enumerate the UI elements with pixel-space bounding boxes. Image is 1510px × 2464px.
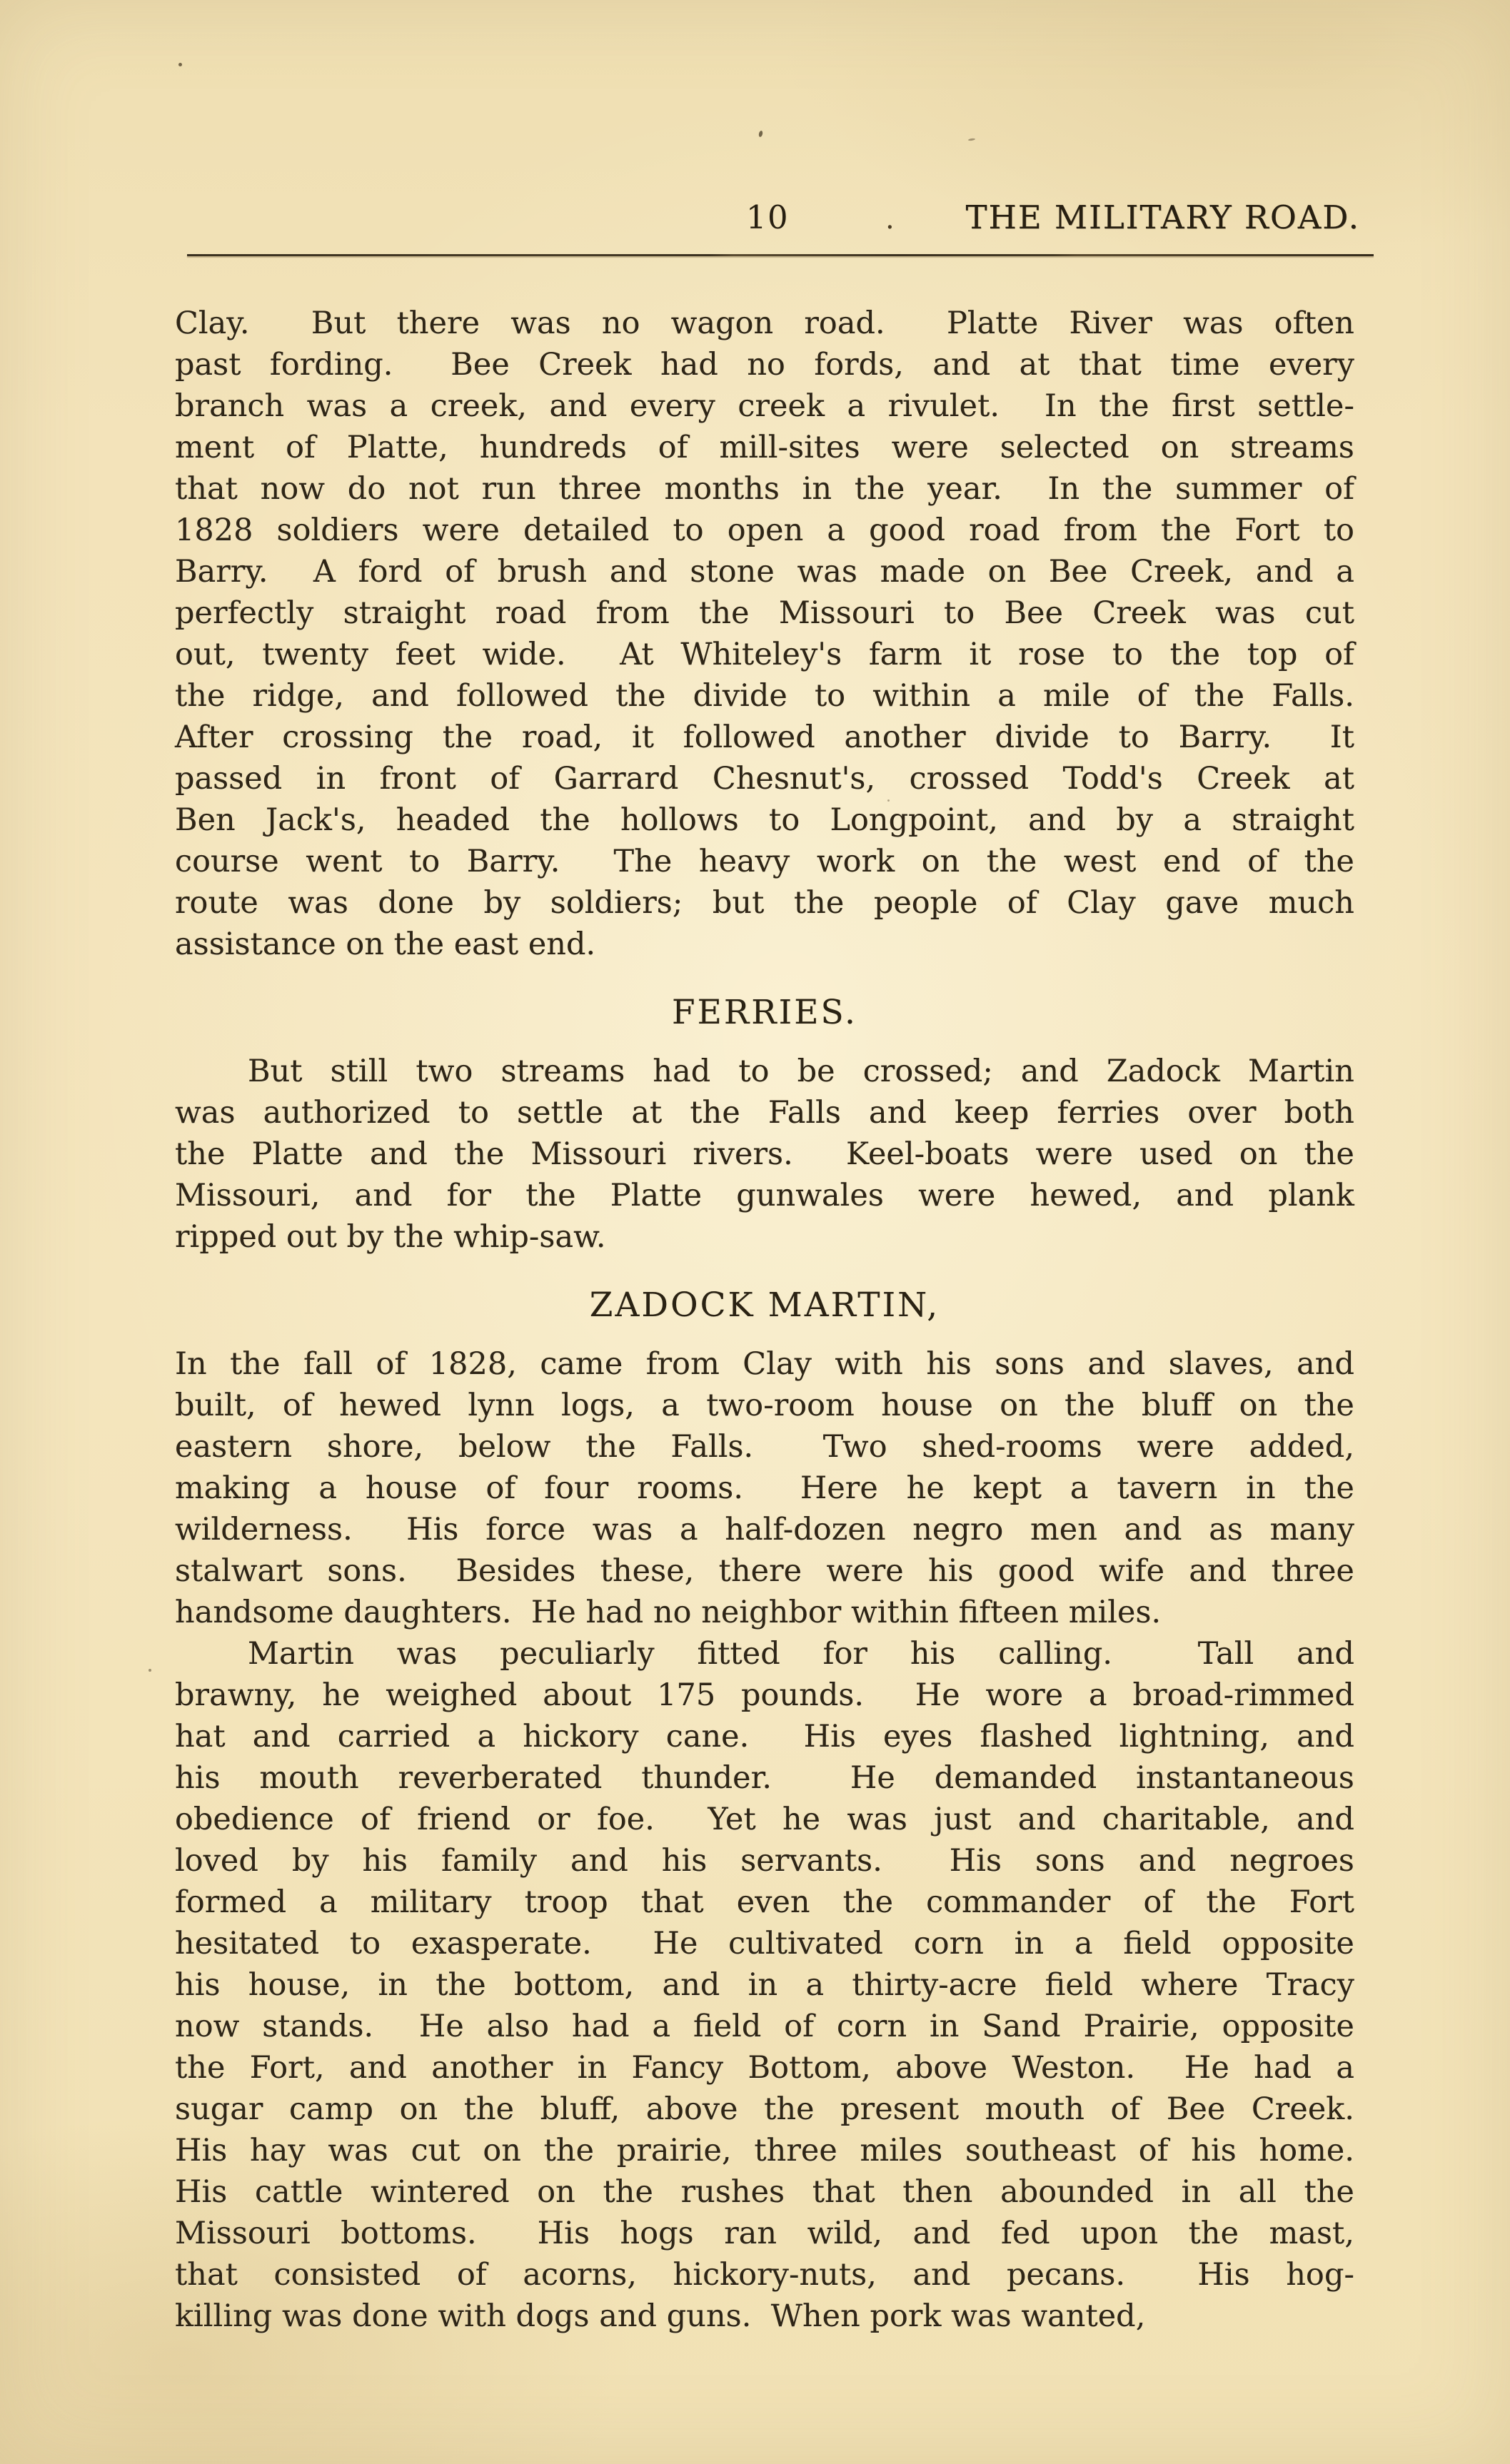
text-line: route was done by soldiers; but the peop… (175, 882, 1354, 924)
text-line: ripped out by the whip-saw. (175, 1216, 1354, 1258)
text-line: killing was done with dogs and guns. Whe… (175, 2296, 1354, 2337)
text-line: ment of Platte, hundreds of mill-sites w… (175, 427, 1354, 468)
text-line: His hay was cut on the prairie, three mi… (175, 2130, 1354, 2171)
text-line: Missouri bottoms. His hogs ran wild, and… (175, 2213, 1354, 2254)
text-line: the Platte and the Missouri rivers. Keel… (175, 1133, 1354, 1175)
text-line: In the fall of 1828, came from Clay with… (175, 1343, 1354, 1385)
text-line: brawny, he weighed about 175 pounds. He … (175, 1675, 1354, 1716)
text-line: handsome daughters. He had no neighbor w… (175, 1592, 1354, 1633)
text-line: Clay. But there was no wagon road. Platt… (175, 303, 1354, 344)
text-block: Clay. But there was no wagon road. Platt… (175, 303, 1354, 2337)
text-line: out, twenty feet wide. At Whiteley's far… (175, 634, 1354, 675)
text-line: perfectly straight road from the Missour… (175, 592, 1354, 634)
section-heading: FERRIES. (175, 992, 1354, 1034)
paper-speckle (968, 138, 975, 141)
paragraph: Martin was peculiarly fitted for his cal… (175, 1633, 1354, 2337)
text-line: that now do not run three months in the … (175, 468, 1354, 510)
text-line: wilderness. His force was a half-dozen n… (175, 1509, 1354, 1550)
header-rule (187, 254, 1374, 256)
text-line: now stands. He also had a field of corn … (175, 2006, 1354, 2047)
text-line: that consisted of acorns, hickory-nuts, … (175, 2254, 1354, 2296)
text-line: Barry. A ford of brush and stone was mad… (175, 551, 1354, 592)
text-line: course went to Barry. The heavy work on … (175, 841, 1354, 882)
running-head-title: THE MILITARY ROAD. (965, 198, 1360, 236)
paragraph: But still two streams had to be crossed;… (175, 1051, 1354, 1258)
text-line: stalwart sons. Besides these, there were… (175, 1550, 1354, 1592)
text-line: the ridge, and followed the divide to wi… (175, 675, 1354, 717)
section-heading: ZADOCK MARTIN, (175, 1285, 1354, 1326)
text-line: 1828 soldiers were detailed to open a go… (175, 510, 1354, 551)
text-line: After crossing the road, it followed ano… (175, 717, 1354, 758)
text-line: But still two streams had to be crossed;… (175, 1051, 1354, 1092)
text-line: assistance on the east end. (175, 924, 1354, 965)
text-line: was authorized to settle at the Falls an… (175, 1092, 1354, 1133)
text-line: Missouri, and for the Platte gunwales we… (175, 1175, 1354, 1216)
text-line: sugar camp on the bluff, above the prese… (175, 2089, 1354, 2130)
text-line: hat and carried a hickory cane. His eyes… (175, 1716, 1354, 1757)
paragraph: Clay. But there was no wagon road. Platt… (175, 303, 1354, 965)
text-line: formed a military troop that even the co… (175, 1882, 1354, 1923)
paragraph: In the fall of 1828, came from Clay with… (175, 1343, 1354, 1633)
text-line: Martin was peculiarly fitted for his cal… (175, 1633, 1354, 1675)
text-line: passed in front of Garrard Chesnut's, cr… (175, 758, 1354, 799)
scanned-book-page: 10 . THE MILITARY ROAD. Clay. But there … (0, 0, 1510, 2464)
text-line: hesitated to exasperate. He cultivated c… (175, 1923, 1354, 1964)
header-separator-mark: . (885, 203, 895, 236)
paper-speckle (149, 1669, 151, 1672)
text-line: his mouth reverberated thunder. He deman… (175, 1757, 1354, 1799)
text-line: past fording. Bee Creek had no fords, an… (175, 344, 1354, 385)
text-line: His cattle wintered on the rushes that t… (175, 2171, 1354, 2213)
text-line: Ben Jack's, headed the hollows to Longpo… (175, 799, 1354, 841)
text-line: his house, in the bottom, and in a thirt… (175, 1964, 1354, 2006)
text-line: branch was a creek, and every creek a ri… (175, 385, 1354, 427)
text-line: built, of hewed lynn logs, a two-room ho… (175, 1385, 1354, 1426)
text-line: loved by his family and his servants. Hi… (175, 1840, 1354, 1882)
text-line: eastern shore, below the Falls. Two shed… (175, 1426, 1354, 1468)
paper-speckle (758, 131, 763, 138)
text-line: obedience of friend or foe. Yet he was j… (175, 1799, 1354, 1840)
text-line: the Fort, and another in Fancy Bottom, a… (175, 2047, 1354, 2089)
paper-speckle (178, 63, 182, 66)
running-head: 10 . THE MILITARY ROAD. (175, 198, 1360, 241)
text-line: making a house of four rooms. Here he ke… (175, 1468, 1354, 1509)
